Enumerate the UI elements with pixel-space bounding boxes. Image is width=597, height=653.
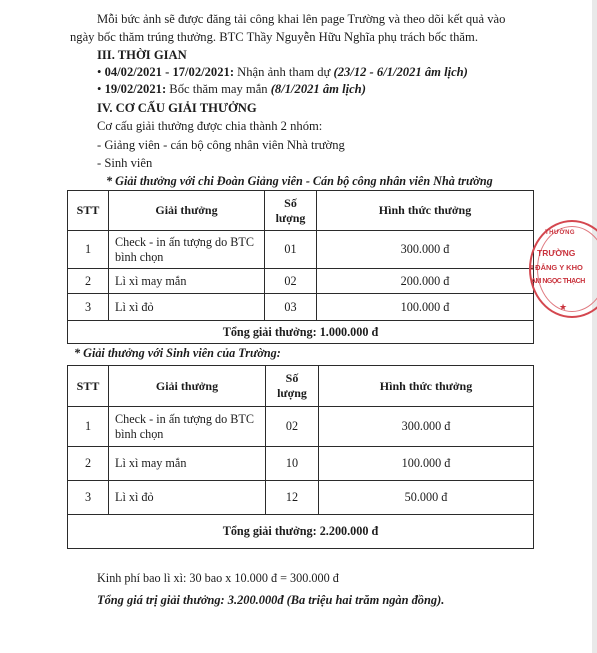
- seal-arc-text: THƯỜNG: [545, 230, 575, 236]
- table-staff-caption: * Giải thưởng với chi Đoàn Giảng viên - …: [106, 173, 493, 189]
- student-prize-table: STT Giải thưởng Sốlượng Hình thức thưởng…: [67, 365, 534, 549]
- seal-border: THƯỜNG TRƯỜNG I ĐẲNG Y KHO ẠM NGỌC THẠCH…: [529, 220, 597, 318]
- staff-prize-table: STT Giải thưởng Sốlượng Hình thức thưởng…: [67, 190, 534, 344]
- header-stt: STT: [68, 366, 109, 407]
- total-cell: Tổng giải thưởng: 2.200.000 đ: [68, 515, 534, 549]
- table-row: 2 Lì xì may mắn 02 200.000 đ: [68, 269, 534, 294]
- cell-qty: 01: [265, 231, 317, 269]
- cell-prize: Lì xì may mắn: [109, 269, 265, 294]
- cell-reward: 200.000 đ: [317, 269, 534, 294]
- star-icon: ★: [559, 302, 567, 313]
- group-item-staff: - Giảng viên - cán bộ công nhân viên Nhà…: [97, 137, 345, 153]
- cell-reward: 100.000 đ: [319, 447, 534, 481]
- intro-line-1: Mỗi bức ảnh sẽ được đăng tải công khai l…: [97, 11, 505, 27]
- bullet-icon: •: [97, 82, 101, 96]
- table-row: 3 Lì xì đỏ 12 50.000 đ: [68, 481, 534, 515]
- seal-line-3: ẠM NGỌC THẠCH: [531, 278, 585, 285]
- header-stt: STT: [68, 191, 109, 231]
- header-prize: Giải thưởng: [109, 366, 266, 407]
- section-3-heading: III. THỜI GIAN: [97, 47, 187, 63]
- table-row: 2 Lì xì may mắn 10 100.000 đ: [68, 447, 534, 481]
- cell-stt: 1: [68, 407, 109, 447]
- bullet-icon: •: [97, 65, 101, 79]
- schedule-item-2: • 19/02/2021: Bốc thăm may mắn (8/1/2021…: [97, 81, 366, 97]
- seal-line-1: TRƯỜNG: [537, 248, 575, 258]
- cell-qty: 10: [266, 447, 319, 481]
- table-students-caption: * Giải thưởng với Sinh viên của Trường:: [74, 345, 281, 361]
- cell-prize: Lì xì may mắn: [109, 447, 266, 481]
- cell-qty: 12: [266, 481, 319, 515]
- cell-stt: 2: [68, 447, 109, 481]
- cell-stt: 1: [68, 231, 109, 269]
- table-header-row: STT Giải thưởng Sốlượng Hình thức thưởng: [68, 191, 534, 231]
- cell-prize: Lì xì đỏ: [109, 481, 266, 515]
- cell-reward: 50.000 đ: [319, 481, 534, 515]
- table-total-row: Tổng giải thưởng: 1.000.000 đ: [68, 321, 534, 344]
- total-cell: Tổng giải thưởng: 1.000.000 đ: [68, 321, 534, 344]
- section-4-intro: Cơ cấu giải thưởng được chia thành 2 nhó…: [97, 118, 322, 134]
- section-4-heading: IV. CƠ CẤU GIẢI THƯỞNG: [97, 100, 257, 116]
- cell-stt: 2: [68, 269, 109, 294]
- intro-line-2: ngày bốc thăm trúng thưởng. BTC Thầy Ngu…: [70, 29, 478, 45]
- envelope-cost: Kinh phí bao lì xì: 30 bao x 10.000 đ = …: [97, 570, 339, 586]
- table-row: 3 Lì xì đỏ 03 100.000 đ: [68, 294, 534, 321]
- header-reward: Hình thức thưởng: [319, 366, 534, 407]
- cell-prize: Check - in ấn tượng do BTC bình chọn: [109, 231, 265, 269]
- schedule-item-1: • 04/02/2021 - 17/02/2021: Nhận ảnh tham…: [97, 64, 468, 80]
- header-qty: Sốlượng: [266, 366, 319, 407]
- header-reward: Hình thức thưởng: [317, 191, 534, 231]
- schedule-note: (23/12 - 6/1/2021 âm lịch): [334, 65, 468, 79]
- header-prize: Giải thưởng: [109, 191, 265, 231]
- grand-total: Tổng giá trị giải thưởng: 3.200.000đ (Ba…: [97, 592, 444, 608]
- cell-reward: 100.000 đ: [317, 294, 534, 321]
- table-row: 1 Check - in ấn tượng do BTC bình chọn 0…: [68, 407, 534, 447]
- table-header-row: STT Giải thưởng Sốlượng Hình thức thưởng: [68, 366, 534, 407]
- official-seal: THƯỜNG TRƯỜNG I ĐẲNG Y KHO ẠM NGỌC THẠCH…: [527, 220, 597, 320]
- schedule-note: (8/1/2021 âm lịch): [271, 82, 366, 96]
- table-total-row: Tổng giải thưởng: 2.200.000 đ: [68, 515, 534, 549]
- document-page: Mỗi bức ảnh sẽ được đăng tải công khai l…: [0, 0, 592, 653]
- cell-prize: Lì xì đỏ: [109, 294, 265, 321]
- table-row: 1 Check - in ấn tượng do BTC bình chọn 0…: [68, 231, 534, 269]
- cell-stt: 3: [68, 294, 109, 321]
- schedule-text: Nhận ảnh tham dự: [234, 65, 334, 79]
- cell-stt: 3: [68, 481, 109, 515]
- schedule-text: Bốc thăm may mắn: [166, 82, 271, 96]
- schedule-date: 04/02/2021 - 17/02/2021:: [105, 65, 234, 79]
- cell-reward: 300.000 đ: [317, 231, 534, 269]
- cell-prize: Check - in ấn tượng do BTC bình chọn: [109, 407, 266, 447]
- cell-qty: 03: [265, 294, 317, 321]
- cell-qty: 02: [265, 269, 317, 294]
- group-item-students: - Sinh viên: [97, 155, 152, 171]
- cell-reward: 300.000 đ: [319, 407, 534, 447]
- cell-qty: 02: [266, 407, 319, 447]
- seal-line-2: I ĐẲNG Y KHO: [531, 263, 583, 272]
- schedule-date: 19/02/2021:: [105, 82, 167, 96]
- header-qty: Sốlượng: [265, 191, 317, 231]
